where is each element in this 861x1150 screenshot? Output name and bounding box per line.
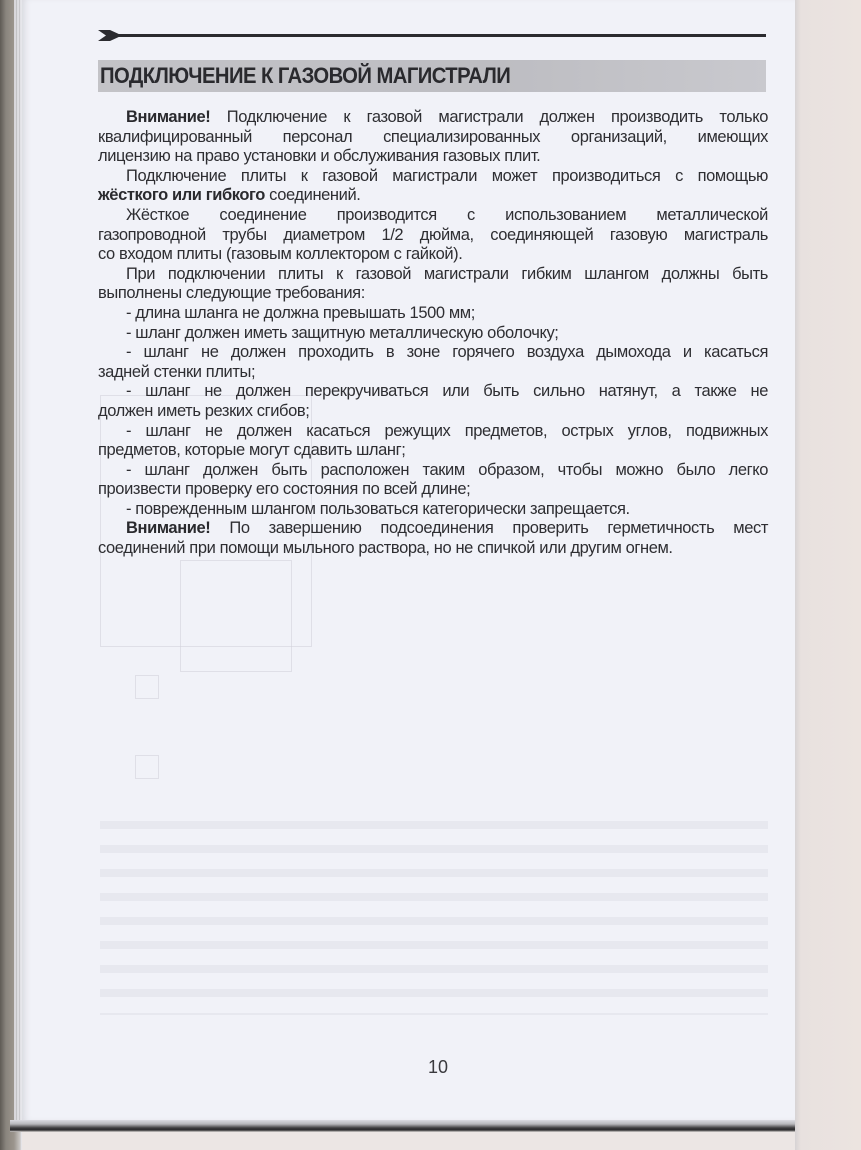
requirement-item: - шланг не должен проходить в зоне горяч… [98, 343, 768, 363]
text-line: выполнены следующие требования: [98, 284, 768, 304]
page-number: 10 [428, 1057, 448, 1078]
bleed-through-symbol [135, 755, 159, 779]
warning-lead: Внимание! [126, 519, 210, 537]
document-body: Внимание! Подключение к газовой магистра… [98, 108, 768, 559]
connection-types-line: жёсткого или гибкого соединений. [98, 186, 768, 206]
text-line: соединений. [265, 186, 360, 204]
requirement-item: - шланг должен быть расположен таким обр… [98, 461, 768, 481]
emphasis-text: жёсткого или гибкого [98, 186, 265, 204]
text-line: газопроводной трубы диаметром 1/2 дюйма,… [98, 226, 768, 246]
header-line [118, 34, 766, 37]
text-line: со входом плиты (газовым коллектором с г… [98, 245, 768, 265]
header-rule [98, 30, 766, 42]
requirement-item-continued: предметов, которые могут сдавить шланг; [98, 441, 768, 461]
requirement-item: - шланг не должен перекручиваться или бы… [98, 382, 768, 402]
text-line: квалифицированный персонал специализиров… [98, 128, 768, 148]
page-stack-bottom [10, 1120, 805, 1132]
requirement-item-continued: произвести проверку его состояния по все… [98, 480, 768, 500]
requirement-item-continued: должен иметь резких сгибов; [98, 402, 768, 422]
warning-paragraph: Внимание! Подключение к газовой магистра… [98, 108, 768, 128]
final-warning-paragraph: Внимание! По завершению подсоединения пр… [98, 519, 768, 539]
requirement-item: - шланг должен иметь защитную металличес… [98, 324, 768, 344]
text-line: По завершению подсоединения проверить ге… [210, 519, 768, 537]
text-line: соединений при помощи мыльного раствора,… [98, 539, 768, 559]
warning-lead: Внимание! [126, 108, 210, 126]
bleed-through-symbol [135, 675, 159, 699]
text-line: При подключении плиты к газовой магистра… [98, 265, 768, 285]
bleed-through-stove-drawing [180, 560, 292, 672]
text-line: лицензию на право установки и обслуживан… [98, 147, 768, 167]
requirement-item: - длина шланга не должна превышать 1500 … [98, 304, 768, 324]
requirement-item: - шланг не должен касаться режущих предм… [98, 422, 768, 442]
scan-background-right [795, 0, 861, 1150]
requirement-item-continued: задней стенки плиты; [98, 363, 768, 383]
requirement-item: - поврежденным шлангом пользоваться кате… [98, 500, 768, 520]
text-line: Подключение плиты к газовой магистрали м… [98, 167, 768, 187]
text-line: Подключение к газовой магистрали должен … [210, 108, 768, 126]
text-line: Жёсткое соединение производится с исполь… [98, 206, 768, 226]
section-title: ПОДКЛЮЧЕНИЕ К ГАЗОВОЙ МАГИСТРАЛИ [100, 62, 510, 90]
